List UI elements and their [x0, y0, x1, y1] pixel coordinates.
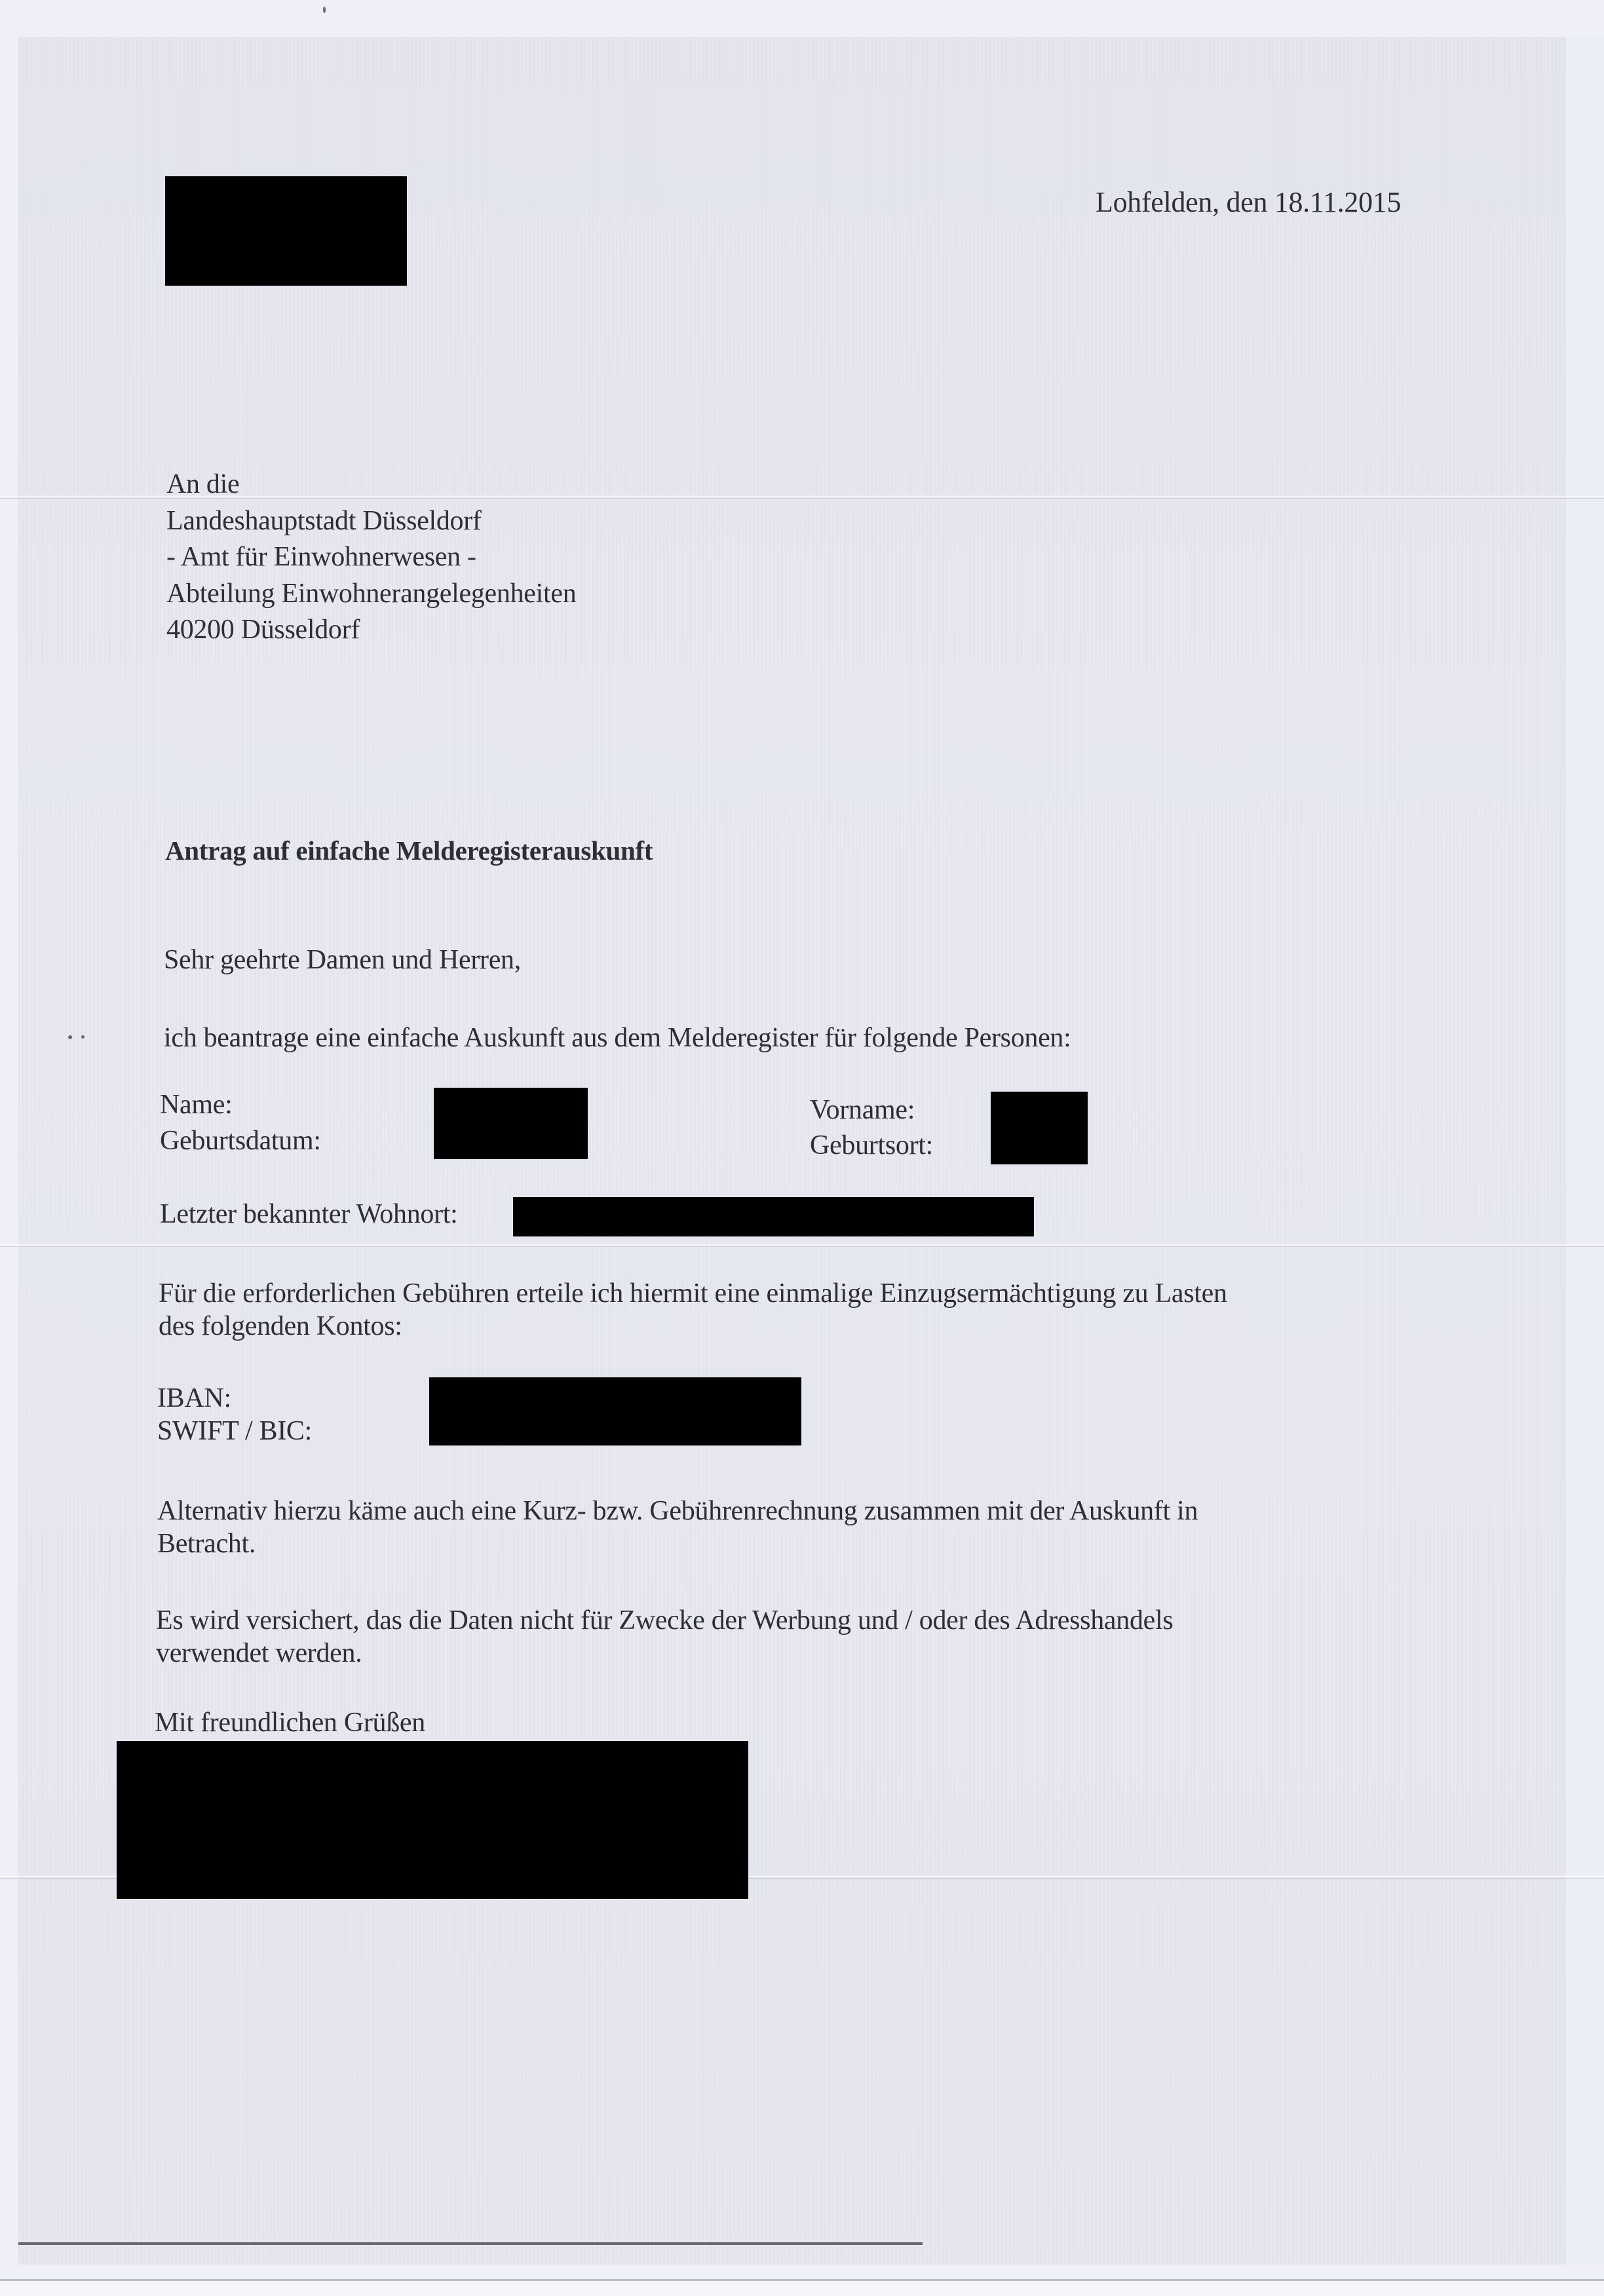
redacted-signature: [117, 1741, 748, 1899]
birthdate-label: Geburtsdatum:: [160, 1127, 321, 1155]
recipient-line: Landeshauptstadt Düsseldorf: [166, 507, 482, 535]
birthplace-label: Geburtsort:: [810, 1132, 933, 1159]
subject-line: Antrag auf einfache Melderegisterauskunf…: [165, 837, 653, 864]
recipient-line: Abteilung Einwohnerangelegenheiten: [166, 580, 576, 607]
redacted-sender: [165, 176, 407, 286]
firstname-label: Vorname:: [810, 1096, 915, 1124]
fees-paragraph-line: Für die erforderlichen Gebühren erteile …: [159, 1280, 1227, 1307]
name-label: Name:: [160, 1091, 232, 1119]
salutation: Sehr geehrte Damen und Herren,: [164, 946, 521, 974]
recipient-line: 40200 Düsseldorf: [166, 616, 360, 643]
assurance-paragraph-line: Es wird versichert, das die Daten nicht …: [156, 1607, 1173, 1634]
fold-crease-top: [0, 495, 1604, 499]
redacted-name-birthdate: [434, 1088, 588, 1159]
recipient-line: An die: [166, 470, 239, 498]
fees-paragraph-line: des folgenden Kontos:: [159, 1312, 402, 1340]
scan-speck: [323, 7, 326, 13]
scanner-bottom-edge: [0, 2279, 1604, 2296]
iban-label: IBAN:: [157, 1385, 231, 1412]
fold-crease-middle: [0, 1244, 1604, 1247]
redacted-last-residence: [513, 1197, 1034, 1236]
assurance-paragraph-line: verwendet werden.: [156, 1639, 362, 1667]
intro-paragraph: ich beantrage eine einfache Auskunft aus…: [164, 1024, 1071, 1052]
paper-right-margin: [1566, 37, 1604, 2265]
redacted-bank-details: [429, 1377, 801, 1445]
recipient-line: - Amt für Einwohnerwesen -: [166, 543, 476, 571]
place-date: Lohfelden, den 18.11.2015: [1096, 188, 1401, 217]
footer-rule: [18, 2242, 923, 2245]
alternative-paragraph-line: Betracht.: [157, 1530, 256, 1558]
margin-dot: [81, 1035, 85, 1039]
redacted-firstname-birthplace: [991, 1092, 1088, 1164]
margin-dot: [68, 1035, 72, 1039]
alternative-paragraph-line: Alternativ hierzu käme auch eine Kurz- b…: [157, 1497, 1198, 1525]
bic-label: SWIFT / BIC:: [157, 1417, 312, 1445]
last-residence-label: Letzter bekannter Wohnort:: [160, 1200, 458, 1228]
closing: Mit freundlichen Grüßen: [155, 1709, 425, 1736]
